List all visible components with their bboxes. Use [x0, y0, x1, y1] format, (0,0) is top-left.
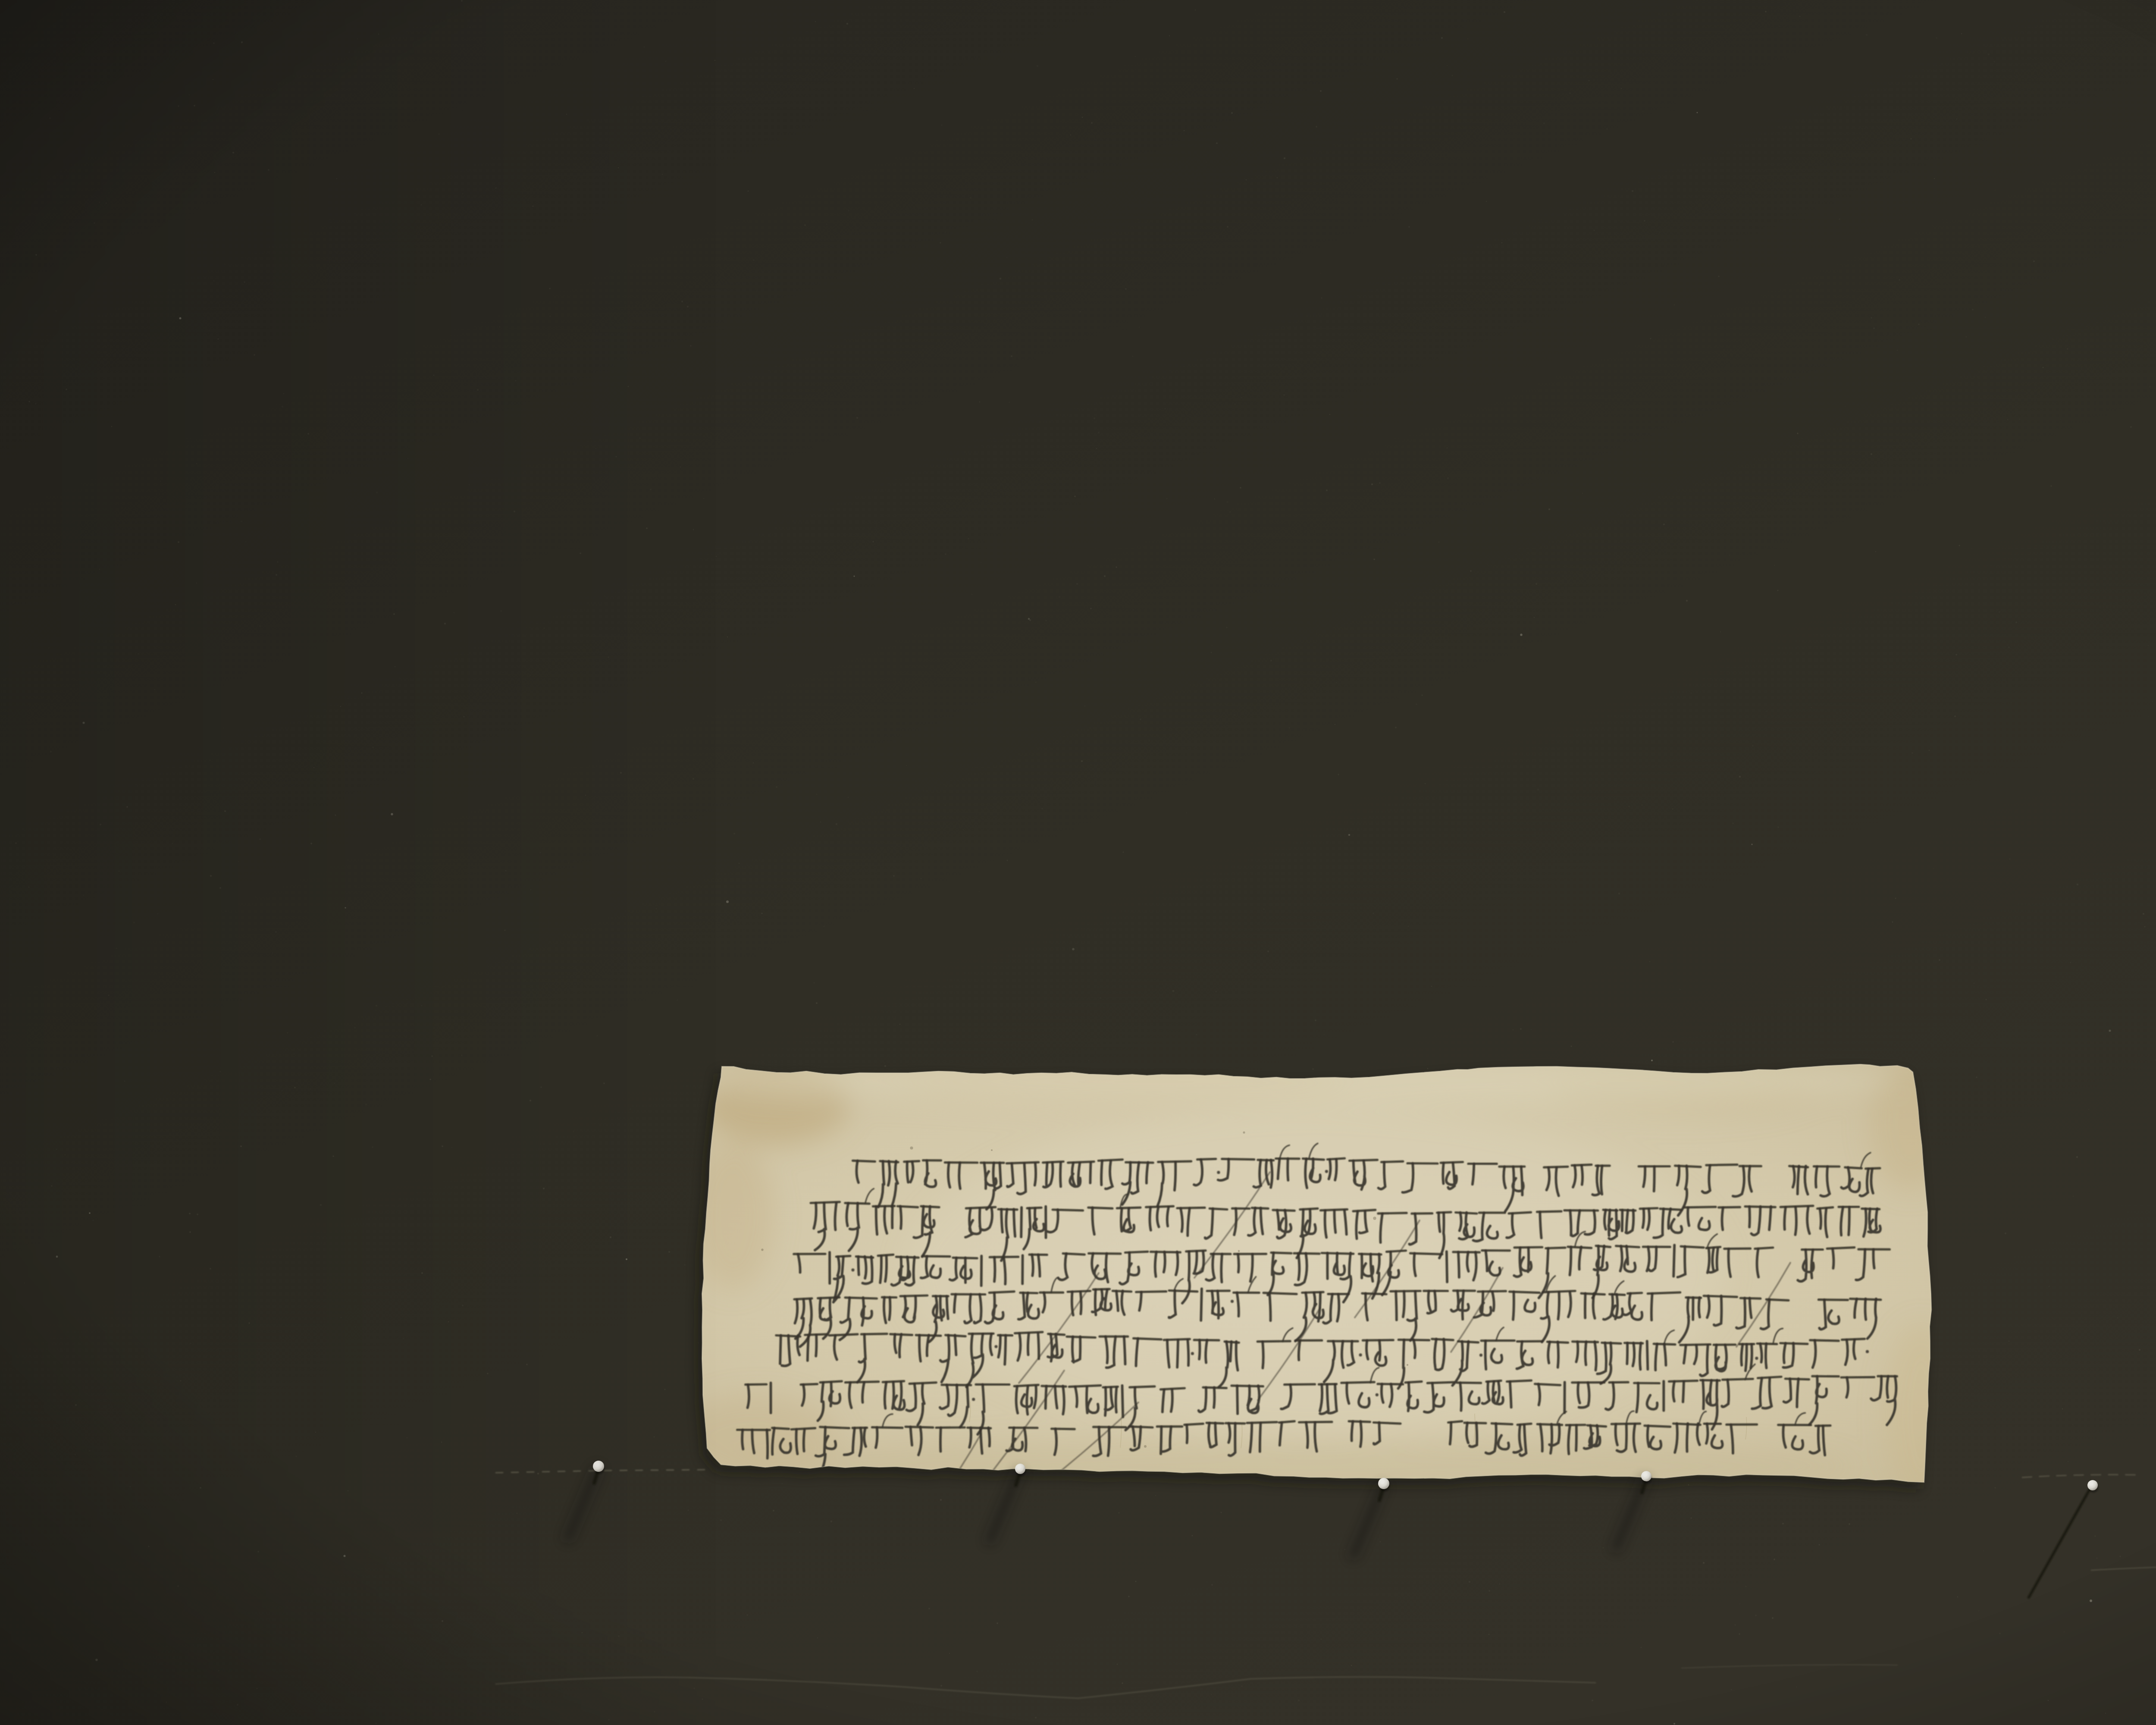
photo-stage: বনেং দেবীং ৩আগাপাদয়া গিরাং। হিমালয উবাচ… [0, 0, 2156, 1725]
manuscript-photo [0, 0, 2156, 1725]
